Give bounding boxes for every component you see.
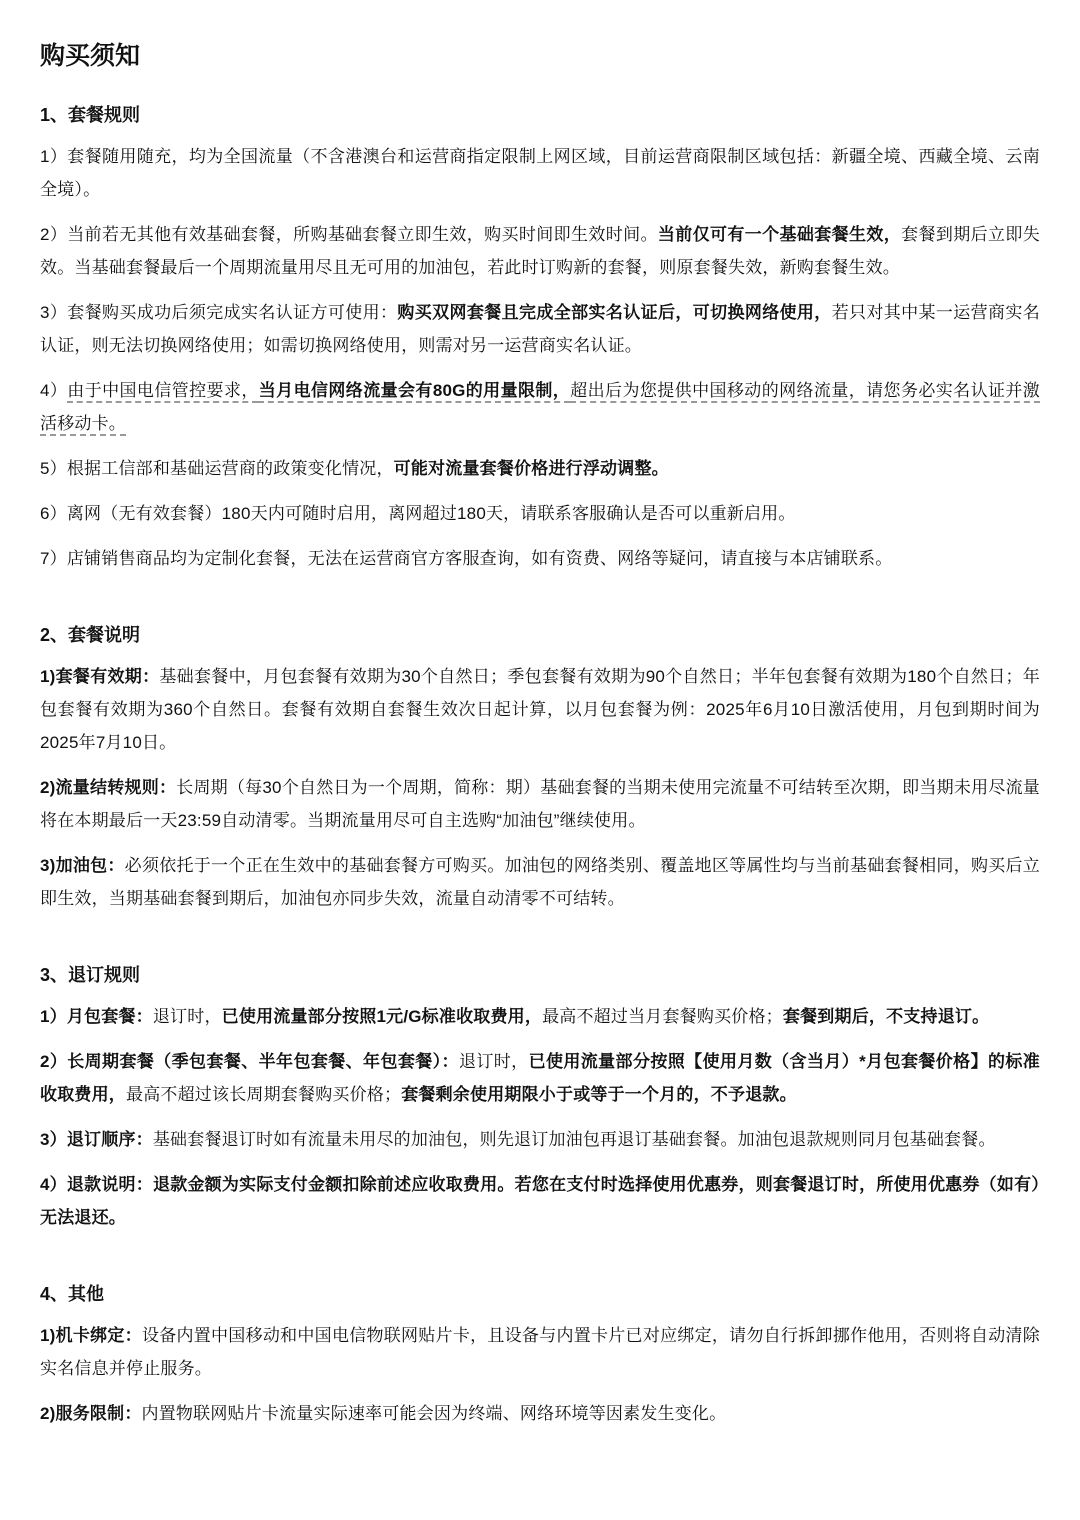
notice-paragraph: 5）根据工信部和基础运营商的政策变化情况，可能对流量套餐价格进行浮动调整。 bbox=[40, 452, 1040, 485]
section-others: 4、其他 1)机卡绑定：设备内置中国移动和中国电信物联网贴片卡，且设备与内置卡片… bbox=[40, 1282, 1040, 1430]
text-segment: 可能对流量套餐价格进行浮动调整。 bbox=[394, 459, 669, 478]
text-segment: 1)机卡绑定： bbox=[40, 1326, 142, 1345]
text-segment: 3）退订顺序： bbox=[40, 1130, 153, 1149]
notice-paragraph: 2)流量结转规则：长周期（每30个自然日为一个周期，简称：期）基础套餐的当期未使… bbox=[40, 771, 1040, 837]
notice-paragraph: 1）套餐随用随充，均为全国流量（不含港澳台和运营商指定限制上网区域，目前运营商限… bbox=[40, 140, 1040, 206]
notice-paragraph: 6）离网（无有效套餐）180天内可随时启用，离网超过180天，请联系客服确认是否… bbox=[40, 497, 1040, 530]
text-segment: 最高不超过该长周期套餐购买价格； bbox=[126, 1085, 401, 1104]
text-segment: 由于中国电信管控要求， bbox=[67, 381, 258, 400]
notice-paragraph: 2）长周期套餐（季包套餐、半年包套餐、年包套餐）：退订时，已使用流量部分按照【使… bbox=[40, 1045, 1040, 1111]
text-segment: 2）长周期套餐（季包套餐、半年包套餐、年包套餐）： bbox=[40, 1052, 459, 1071]
section-heading-refund-rules: 3、退订规则 bbox=[40, 963, 1040, 988]
notice-paragraph: 4）退款说明：退款金额为实际支付金额扣除前述应收取费用。若您在支付时选择使用优惠… bbox=[40, 1168, 1040, 1234]
text-segment: 1）月包套餐： bbox=[40, 1007, 153, 1026]
page-title: 购买须知 bbox=[40, 40, 1040, 73]
text-segment: 6）离网（无有效套餐）180天内可随时启用，离网超过180天，请联系客服确认是否… bbox=[40, 504, 796, 523]
text-segment: 5）根据工信部和基础运营商的政策变化情况， bbox=[40, 459, 394, 478]
text-segment: 4） bbox=[40, 381, 67, 400]
notice-paragraph: 3)加油包：必须依托于一个正在生效中的基础套餐方可购买。加油包的网络类别、覆盖地… bbox=[40, 849, 1040, 915]
text-segment: 1）套餐随用随充，均为全国流量（不含港澳台和运营商指定限制上网区域，目前运营商限… bbox=[40, 147, 1040, 199]
text-segment: 2)流量结转规则： bbox=[40, 778, 176, 797]
text-segment: 购买双网套餐且完成全部实名认证后，可切换网络使用， bbox=[397, 303, 831, 322]
notice-paragraph: 3）退订顺序：基础套餐退订时如有流量未用尽的加油包，则先退订加油包再退订基础套餐… bbox=[40, 1123, 1040, 1156]
text-segment: 2)服务限制： bbox=[40, 1404, 142, 1423]
text-segment: 设备内置中国移动和中国电信物联网贴片卡，且设备与内置卡片已对应绑定，请勿自行拆卸… bbox=[40, 1326, 1040, 1378]
text-segment: 4）退款说明：退款金额为实际支付金额扣除前述应收取费用。若您在支付时选择使用优惠… bbox=[40, 1175, 1040, 1227]
text-segment: 必须依托于一个正在生效中的基础套餐方可购买。加油包的网络类别、覆盖地区等属性均与… bbox=[40, 856, 1040, 908]
text-segment: 2）当前若无其他有效基础套餐，所购基础套餐立即生效，购买时间即生效时间。 bbox=[40, 225, 658, 244]
notice-paragraph: 7）店铺销售商品均为定制化套餐，无法在运营商官方客服查询，如有资费、网络等疑问，… bbox=[40, 542, 1040, 575]
notice-paragraph: 2）当前若无其他有效基础套餐，所购基础套餐立即生效，购买时间即生效时间。当前仅可… bbox=[40, 218, 1040, 284]
section-package-rules: 1、套餐规则 1）套餐随用随充，均为全国流量（不含港澳台和运营商指定限制上网区域… bbox=[40, 103, 1040, 575]
notice-paragraph: 4）由于中国电信管控要求，当月电信网络流量会有80G的用量限制，超出后为您提供中… bbox=[40, 374, 1040, 440]
section-heading-package-rules: 1、套餐规则 bbox=[40, 103, 1040, 128]
text-segment: 当月电信网络流量会有80G的用量限制， bbox=[259, 381, 570, 400]
text-segment: 基础套餐中，月包套餐有效期为30个自然日；季包套餐有效期为90个自然日；半年包套… bbox=[40, 667, 1040, 752]
text-segment: 3）套餐购买成功后须完成实名认证方可使用： bbox=[40, 303, 397, 322]
text-segment: 退订时， bbox=[153, 1007, 222, 1026]
text-segment: 当前仅可有一个基础套餐生效， bbox=[658, 225, 901, 244]
text-segment: 套餐到期后，不支持退订。 bbox=[783, 1007, 989, 1026]
notice-paragraph: 3）套餐购买成功后须完成实名认证方可使用：购买双网套餐且完成全部实名认证后，可切… bbox=[40, 296, 1040, 362]
section-refund-rules: 3、退订规则 1）月包套餐：退订时，已使用流量部分按照1元/G标准收取费用，最高… bbox=[40, 963, 1040, 1234]
notice-paragraph: 1)套餐有效期：基础套餐中，月包套餐有效期为30个自然日；季包套餐有效期为90个… bbox=[40, 660, 1040, 759]
text-segment: 最高不超过当月套餐购买价格； bbox=[542, 1007, 783, 1026]
notice-paragraph: 1）月包套餐：退订时，已使用流量部分按照1元/G标准收取费用，最高不超过当月套餐… bbox=[40, 1000, 1040, 1033]
notice-paragraph: 2)服务限制：内置物联网贴片卡流量实际速率可能会因为终端、网络环境等因素发生变化… bbox=[40, 1397, 1040, 1430]
text-segment: 已使用流量部分按照1元/G标准收取费用， bbox=[222, 1007, 542, 1026]
purchase-notice-document: 购买须知 1、套餐规则 1）套餐随用随充，均为全国流量（不含港澳台和运营商指定限… bbox=[0, 0, 1080, 1520]
text-segment: 套餐剩余使用期限小于或等于一个月的，不予退款。 bbox=[401, 1085, 797, 1104]
text-segment: 长周期（每30个自然日为一个周期，简称：期）基础套餐的当期未使用完流量不可结转至… bbox=[40, 778, 1040, 830]
section-heading-package-description: 2、套餐说明 bbox=[40, 623, 1040, 648]
text-segment: 3)加油包： bbox=[40, 856, 125, 875]
text-segment: 退订时， bbox=[459, 1052, 529, 1071]
text-segment: 1)套餐有效期： bbox=[40, 667, 159, 686]
section-heading-others: 4、其他 bbox=[40, 1282, 1040, 1307]
notice-paragraph: 1)机卡绑定：设备内置中国移动和中国电信物联网贴片卡，且设备与内置卡片已对应绑定… bbox=[40, 1319, 1040, 1385]
text-segment: 内置物联网贴片卡流量实际速率可能会因为终端、网络环境等因素发生变化。 bbox=[142, 1404, 727, 1423]
section-package-description: 2、套餐说明 1)套餐有效期：基础套餐中，月包套餐有效期为30个自然日；季包套餐… bbox=[40, 623, 1040, 915]
text-segment: 7）店铺销售商品均为定制化套餐，无法在运营商官方客服查询，如有资费、网络等疑问，… bbox=[40, 549, 892, 568]
text-segment: 基础套餐退订时如有流量未用尽的加油包，则先退订加油包再退订基础套餐。加油包退款规… bbox=[153, 1130, 996, 1149]
